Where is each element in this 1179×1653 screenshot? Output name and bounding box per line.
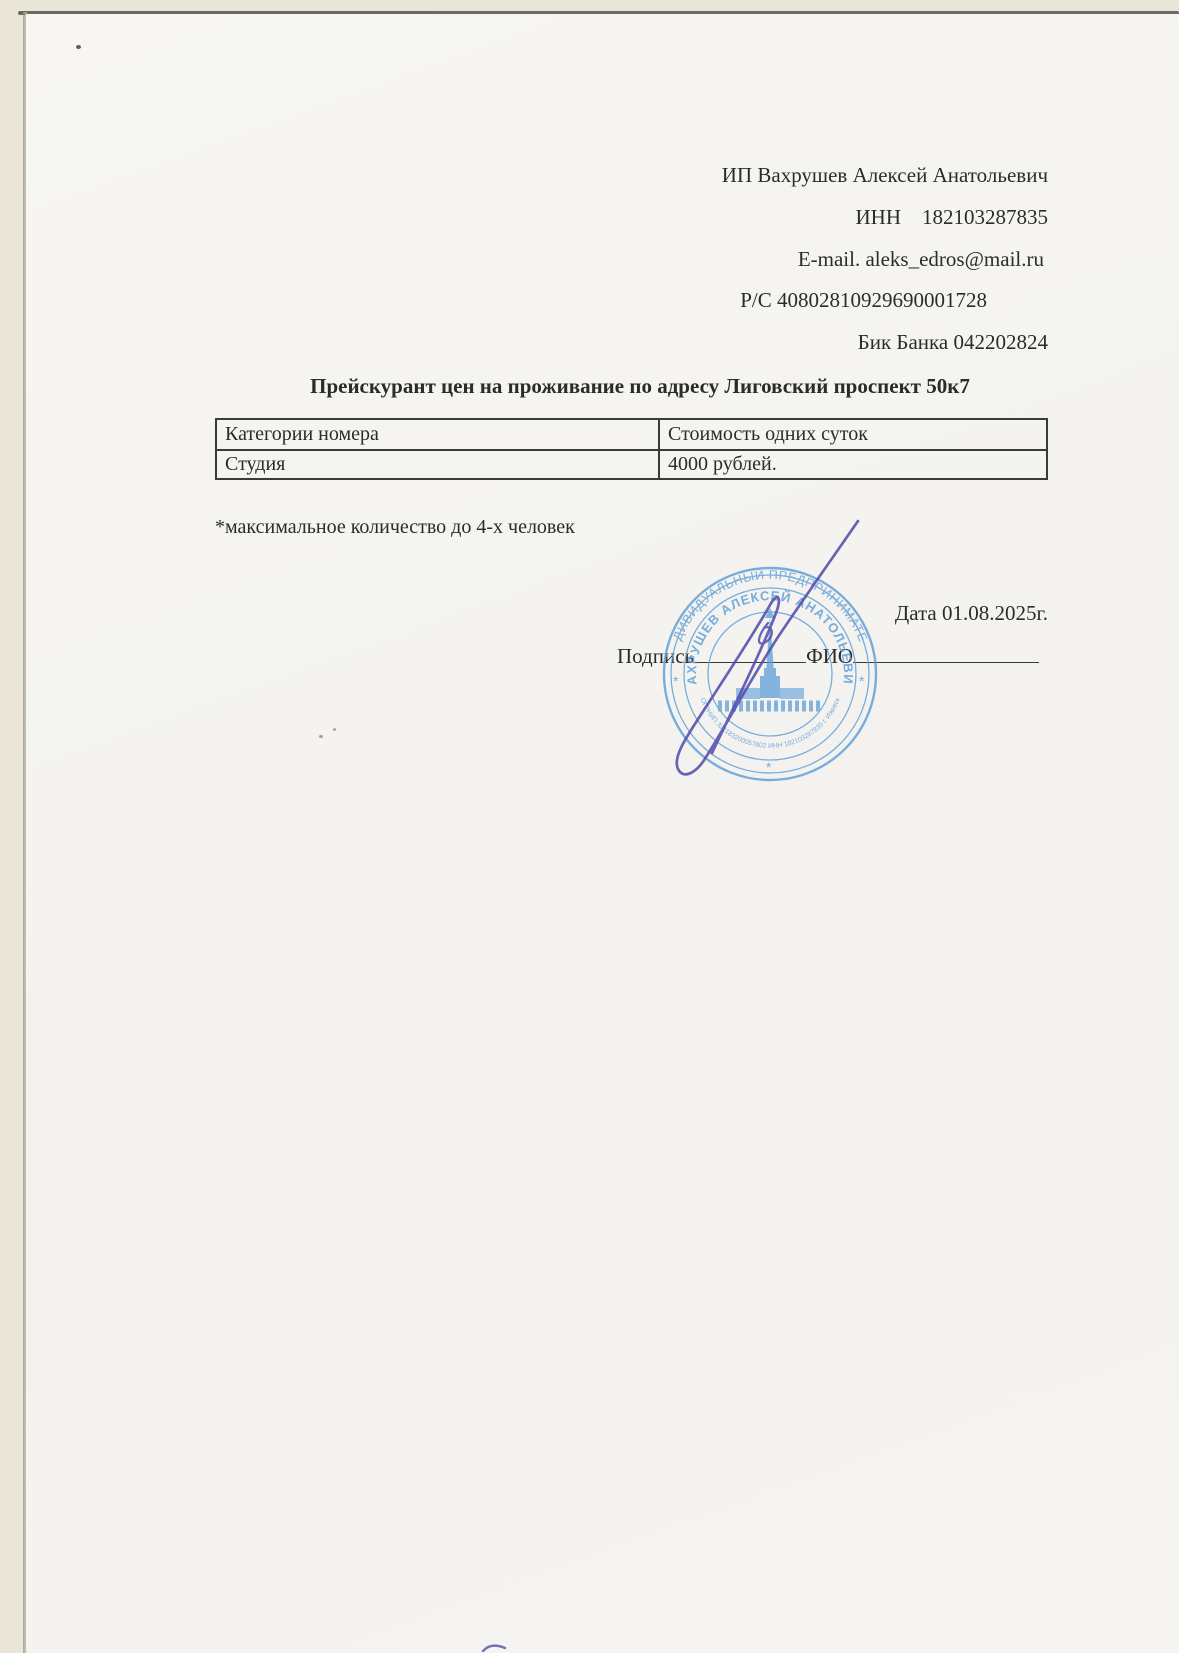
scanned-document: ИП Вахрушев Алексей Анатольевич ИНН 1821… [0, 0, 1179, 1653]
header-bank-bic: Бик Банка 042202824 [858, 330, 1048, 355]
table-row: Студия 4000 рублей. [216, 450, 1047, 479]
bottom-edge-ink-mark [481, 1641, 507, 1653]
header-inn: ИНН 182103287835 [856, 205, 1049, 230]
date-line: Дата 01.08.2025г. [895, 601, 1048, 626]
cell-room-price: 4000 рублей. [659, 450, 1047, 479]
column-header-price: Стоимость одних суток [659, 419, 1047, 450]
scan-speck [333, 728, 336, 731]
header-account-number: Р/С 40802810929690001728 [740, 288, 987, 313]
price-table: Категории номера Стоимость одних суток С… [215, 418, 1048, 480]
scan-speck [319, 735, 323, 738]
scan-speck [76, 45, 81, 49]
document-title: Прейскурант цен на проживание по адресу … [215, 374, 1065, 399]
header-email: E-mail. aleks_edros@mail.ru [798, 247, 1044, 272]
column-header-category: Категории номера [216, 419, 659, 450]
signature-stroke [677, 521, 858, 774]
capacity-note: *максимальное количество до 4-х человек [215, 516, 575, 539]
handwritten-signature [640, 505, 880, 790]
table-header-row: Категории номера Стоимость одних суток [216, 419, 1047, 450]
header-entrepreneur-name: ИП Вахрушев Алексей Анатольевич [722, 163, 1048, 188]
cell-room-category: Студия [216, 450, 659, 479]
